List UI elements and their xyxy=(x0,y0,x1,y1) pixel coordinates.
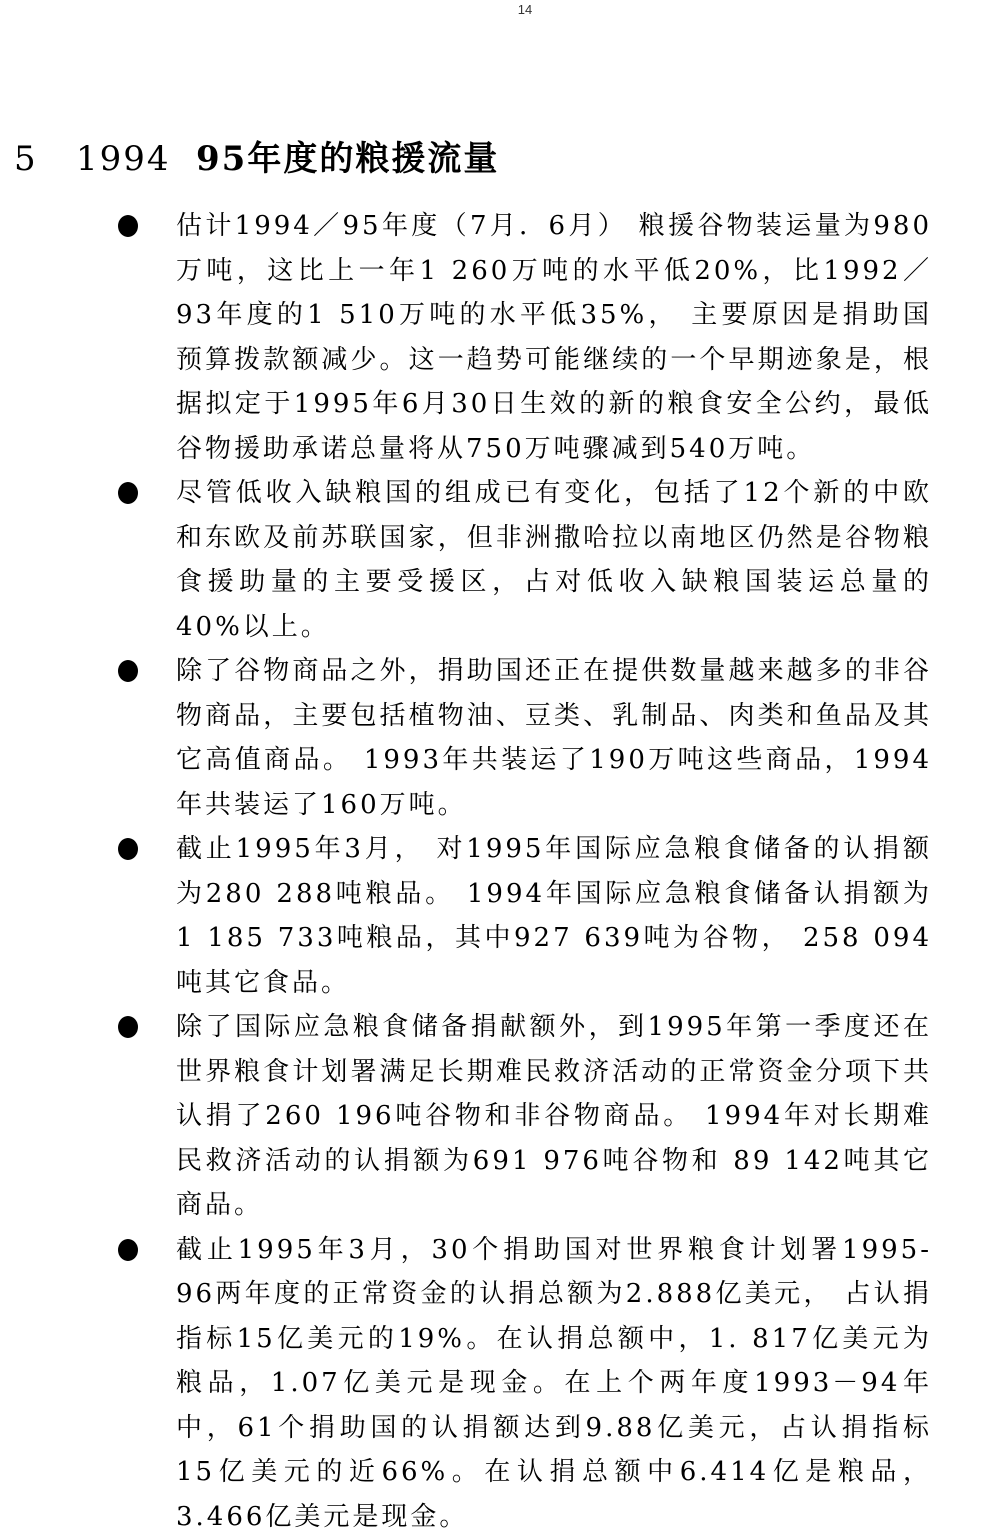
bullet-text: 除了谷物商品之外，捐助国还正在提供数量越来越多的非谷物商品，主要包括植物油、豆类… xyxy=(176,649,932,827)
section-number: 5 xyxy=(14,139,76,179)
bullet-dot-icon xyxy=(118,838,138,860)
bullet-text: 截止1995年3月，30个捐助国对世界粮食计划署1995-96两年度的正常资金的… xyxy=(176,1228,932,1539)
bullet-dot-icon xyxy=(118,660,138,682)
bullet-text: 除了国际应急粮食储备捐献额外，到1995年第一季度还在世界粮食计划署满足长期难民… xyxy=(176,1005,932,1228)
bullet-text: 估计1994／95年度（7月．6月） 粮援谷物装运量为980万吨，这比上一年1 … xyxy=(176,204,932,471)
bullet-dot-icon xyxy=(118,1239,138,1261)
bullet-item: 除了国际应急粮食储备捐献额外，到1995年第一季度还在世界粮食计划署满足长期难民… xyxy=(112,1005,932,1228)
section-title: 95年度的粮援流量 xyxy=(196,139,499,179)
bullet-text: 尽管低收入缺粮国的组成已有变化，包括了12个新的中欧和东欧及前苏联国家，但非洲撒… xyxy=(176,471,932,649)
section-heading: 5199495年度的粮援流量 xyxy=(14,131,499,180)
bullet-item: 尽管低收入缺粮国的组成已有变化，包括了12个新的中欧和东欧及前苏联国家，但非洲撒… xyxy=(112,471,932,649)
page-number: 14 xyxy=(0,2,1000,17)
bullet-item: 除了谷物商品之外，捐助国还正在提供数量越来越多的非谷物商品，主要包括植物油、豆类… xyxy=(112,649,932,827)
bullet-item: 估计1994／95年度（7月．6月） 粮援谷物装运量为980万吨，这比上一年1 … xyxy=(112,204,932,471)
bullet-item: 截止1995年3月， 对1995年国际应急粮食储备的认捐额为280 288吨粮品… xyxy=(112,827,932,1005)
bullet-list: 估计1994／95年度（7月．6月） 粮援谷物装运量为980万吨，这比上一年1 … xyxy=(112,204,932,1539)
bullet-item: 截止1995年3月，30个捐助国对世界粮食计划署1995-96两年度的正常资金的… xyxy=(112,1228,932,1539)
bullet-dot-icon xyxy=(118,482,138,504)
bullet-text: 截止1995年3月， 对1995年国际应急粮食储备的认捐额为280 288吨粮品… xyxy=(176,827,932,1005)
section-year: 1994 xyxy=(76,139,196,179)
bullet-dot-icon xyxy=(118,1016,138,1038)
bullet-dot-icon xyxy=(118,215,138,237)
